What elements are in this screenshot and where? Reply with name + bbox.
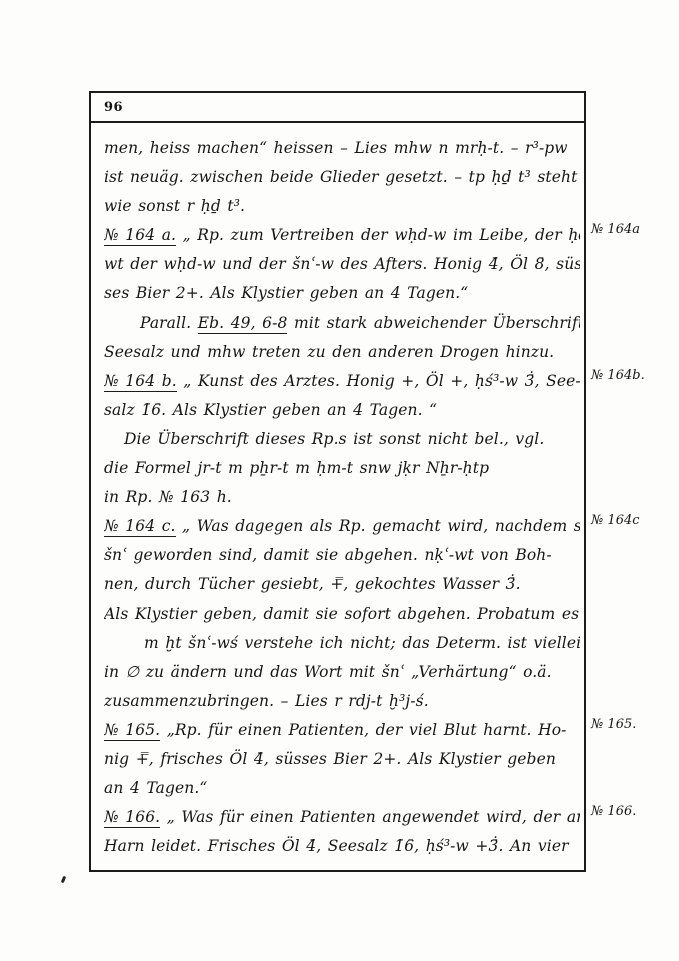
handwritten-text: Parall. (140, 314, 198, 332)
text-line: an 4 Tagen.“ (104, 774, 580, 803)
recipe-number: Eb. 49, 6-8 (198, 314, 288, 334)
text-line: ist neuäg. zwischen beide Glieder gesetz… (104, 163, 580, 192)
handwritten-text: mit stark abweichender Überschrift. (287, 314, 580, 332)
text-line: die Formel jr-t m pẖr-t m ḥm-t snw jḳr N… (104, 454, 580, 483)
page-number: 96 (104, 100, 123, 115)
handwritten-text: men, heiss machen“ heissen – Lies mhw n … (104, 139, 568, 157)
text-line: Die Überschrift dieses Rp.s ist sonst ni… (104, 425, 580, 454)
text-line: in ∅ zu ändern und das Wort mit šnʿ „Ver… (104, 658, 580, 687)
recipe-number: № 164 a. (104, 226, 176, 246)
recipe-number: № 164 c. (104, 517, 176, 537)
text-line: nen, durch Tücher gesiebt, +̿, gekochtes… (104, 570, 580, 599)
manuscript-text-body: men, heiss machen“ heissen – Lies mhw n … (91, 123, 584, 861)
handwritten-text: salz 1̄6̄. Als Klystier geben an 4 Tagen… (104, 401, 437, 419)
handwritten-text: nig +̿, frisches Öl 4̄, süsses Bier 2+. … (104, 750, 556, 768)
text-line: wt der wḥd-w und der šnʿ-w des Afters. H… (104, 250, 580, 279)
handwritten-text: wie sonst r ḥḏ t³. (104, 197, 245, 215)
handwritten-text: Die Überschrift dieses Rp.s ist sonst ni… (124, 430, 544, 448)
text-line: salz 1̄6̄. Als Klystier geben an 4 Tagen… (104, 396, 580, 425)
text-line: ses Bier 2+. Als Klystier geben an 4 Tag… (104, 279, 580, 308)
margin-note: № 165. (591, 717, 636, 732)
handwritten-text: „ Was für einen Patienten angewendet wir… (160, 808, 580, 826)
text-line: wie sonst r ḥḏ t³. (104, 192, 580, 221)
handwritten-text: „ Rp. zum Vertreiben der wḥd-w im Leibe,… (176, 226, 580, 244)
scanned-manuscript-page: 96 men, heiss machen“ heissen – Lies mhw… (0, 0, 679, 961)
manuscript-frame: 96 men, heiss machen“ heissen – Lies mhw… (89, 91, 586, 872)
page-header: 96 (91, 93, 584, 123)
handwritten-text: in Rp. № 163 h. (104, 488, 232, 506)
handwritten-text: wt der wḥd-w und der šnʿ-w des Afters. H… (104, 255, 580, 273)
handwritten-text: „Rp. für einen Patienten, der viel Blut … (160, 721, 566, 739)
text-line: № 164 a. „ Rp. zum Vertreiben der wḥd-w … (104, 221, 580, 250)
handwritten-text: die Formel jr-t m pẖr-t m ḥm-t snw jḳr N… (104, 459, 489, 477)
handwritten-text: Harn leidet. Frisches Öl 4̄, Seesalz 1̄6… (104, 837, 569, 855)
handwritten-text: šnʿ geworden sind, damit sie abgehen. nḳ… (104, 546, 552, 564)
handwritten-text: Seesalz und mhw treten zu den anderen Dr… (104, 343, 554, 361)
handwritten-text: ses Bier 2+. Als Klystier geben an 4 Tag… (104, 284, 468, 302)
text-line: Als Klystier geben, damit sie sofort abg… (104, 600, 580, 629)
text-line: № 164 c. „ Was dagegen als Rp. gemacht w… (104, 512, 580, 541)
handwritten-text: Als Klystier geben, damit sie sofort abg… (104, 605, 580, 623)
handwritten-text: „ Kunst des Arztes. Honig +, Öl +, ḥś³-w… (177, 372, 580, 390)
text-line: Harn leidet. Frisches Öl 4̄, Seesalz 1̄6… (104, 832, 580, 861)
text-line: šnʿ geworden sind, damit sie abgehen. nḳ… (104, 541, 580, 570)
text-line: m ḫt šnʿ-wś verstehe ich nicht; das Dete… (104, 629, 580, 658)
handwritten-text: nen, durch Tücher gesiebt, +̿, gekochtes… (104, 575, 521, 593)
handwritten-text: zusammenzubringen. – Lies r rdj-t ḫ³j-ś. (104, 692, 429, 710)
text-line: Seesalz und mhw treten zu den anderen Dr… (104, 338, 580, 367)
text-line: nig +̿, frisches Öl 4̄, süsses Bier 2+. … (104, 745, 580, 774)
stray-ink-mark (61, 876, 66, 884)
handwritten-text: an 4 Tagen.“ (104, 779, 207, 797)
margin-note: № 164c (591, 513, 640, 528)
text-line: № 165. „Rp. für einen Patienten, der vie… (104, 716, 580, 745)
handwritten-text: in ∅ zu ändern und das Wort mit šnʿ „Ver… (104, 663, 552, 681)
handwritten-text: ist neuäg. zwischen beide Glieder gesetz… (104, 168, 577, 186)
recipe-number: № 164 b. (104, 372, 177, 392)
text-line: zusammenzubringen. – Lies r rdj-t ḫ³j-ś. (104, 687, 580, 716)
margin-note: № 166. (591, 804, 636, 819)
margin-note: № 164b. (591, 368, 645, 383)
text-line: № 166. „ Was für einen Patienten angewen… (104, 803, 580, 832)
recipe-number: № 165. (104, 721, 160, 741)
handwritten-text: m ḫt šnʿ-wś verstehe ich nicht; das Dete… (144, 634, 580, 652)
text-line: men, heiss machen“ heissen – Lies mhw n … (104, 134, 580, 163)
text-line: in Rp. № 163 h. (104, 483, 580, 512)
text-line: № 164 b. „ Kunst des Arztes. Honig +, Öl… (104, 367, 580, 396)
text-line: Parall. Eb. 49, 6-8 mit stark abweichend… (104, 309, 580, 338)
margin-note: № 164a (591, 222, 640, 237)
recipe-number: № 166. (104, 808, 160, 828)
handwritten-text: „ Was dagegen als Rp. gemacht wird, nach… (176, 517, 580, 535)
